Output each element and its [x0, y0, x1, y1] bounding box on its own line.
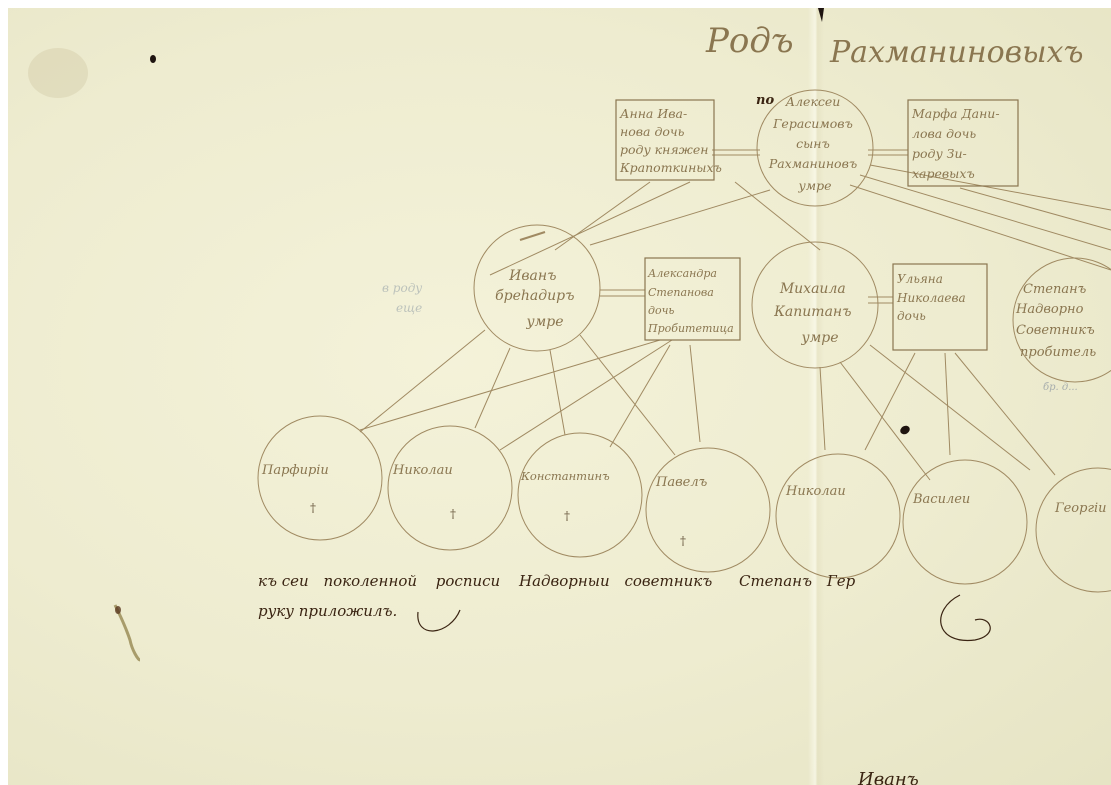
child-name-6: Василеи — [912, 492, 970, 507]
cross-mark-icon: † — [310, 501, 316, 515]
cross-mark-icon: † — [450, 507, 456, 521]
gen3-death-marks: † † † † — [310, 501, 686, 548]
attestation-line-1: къ сеи поколенной росписи Надворныи сове… — [258, 572, 856, 590]
document-title: Родъ Рахманиновыхъ — [705, 21, 1083, 70]
svg-text:Иванъ бреhадиръ: Иванъ бреhадиръ умре — [495, 268, 579, 330]
attestation-line-2: руку приложилъ. — [258, 602, 397, 620]
title-word-rakhmaninov: Рахманиновыхъ — [829, 35, 1083, 70]
correction-prefix: по — [756, 93, 774, 108]
svg-text:Степанъ Надворно: Степанъ Надворно Советникъ пробитель — [1015, 282, 1099, 360]
gen2-mikhail-circle: Михаила Капитанъ умре — [752, 242, 878, 368]
genealogy-tree: Родъ Рахманиновыхъ Анна Ива- нова дочь р… — [8, 8, 1111, 785]
svg-text:Марфа Дани- лова дочь: Марфа Дани- лова дочь роду Зи- харевыхъ — [911, 106, 1004, 181]
child-name-3: Константинъ — [520, 469, 610, 483]
manuscript-sheet: Родъ Рахманиновыхъ Анна Ива- нова дочь р… — [8, 8, 1111, 785]
gen1-left-wife-box: Анна Ива- нова дочь роду княжен Крапотки… — [616, 100, 722, 180]
svg-text:Анна Ива- нова дочь: Анна Ива- нова дочь роду княжен Крапотки… — [619, 106, 722, 175]
child-name-1: Парфирiи — [261, 463, 329, 478]
child-name-2: Николаи — [392, 463, 453, 478]
footer-word-fragment: Иванъ — [857, 769, 919, 785]
svg-text:Алексеи Герасимовъ: Алексеи Герасимовъ сынъ Рахманиновъ умре — [768, 94, 861, 193]
child-name-5: Николаи — [785, 484, 846, 499]
child-name-4: Павелъ — [655, 475, 708, 490]
gen1-patriarch-circle: по Алексеи Герасимовъ сынъ Рахманиновъ у… — [756, 90, 873, 206]
flourish-1 — [418, 610, 460, 631]
gen2-ivan-circle: Иванъ бреhадиръ умре — [474, 225, 600, 351]
margin-note-left: в роду еще — [382, 281, 426, 315]
gen3-children — [258, 416, 1111, 592]
gen2-ivan-wife-box: Александра Степанова дочь Пробитетица — [645, 258, 740, 340]
attestation-text: къ сеи поколенной росписи Надворныи сове… — [258, 572, 990, 785]
gen2-stepan-circle: Степанъ Надворно Советникъ пробитель бр.… — [1013, 258, 1111, 393]
svg-text:в роду еще: в роду еще — [382, 281, 426, 315]
cross-mark-icon: † — [680, 534, 686, 548]
cross-mark-icon: † — [564, 509, 570, 523]
gen2-mikhail-wife-box: Ульяна Николаева дочь — [893, 264, 987, 350]
margin-note-right: бр. д... — [1043, 382, 1078, 393]
svg-text:Александра Степанова: Александра Степанова дочь Пробитетица — [647, 267, 734, 335]
title-word-rod: Родъ — [705, 21, 794, 61]
gen1-right-wife-box: Марфа Дани- лова дочь роду Зи- харевыхъ — [908, 100, 1018, 186]
svg-text:Ульяна Николаева: Ульяна Николаева дочь — [896, 272, 969, 323]
child-name-7: Георгiи — [1054, 501, 1107, 516]
svg-text:Михаила Капитанъ: Михаила Капитанъ умре — [773, 281, 856, 346]
signature-flourish — [941, 595, 991, 640]
